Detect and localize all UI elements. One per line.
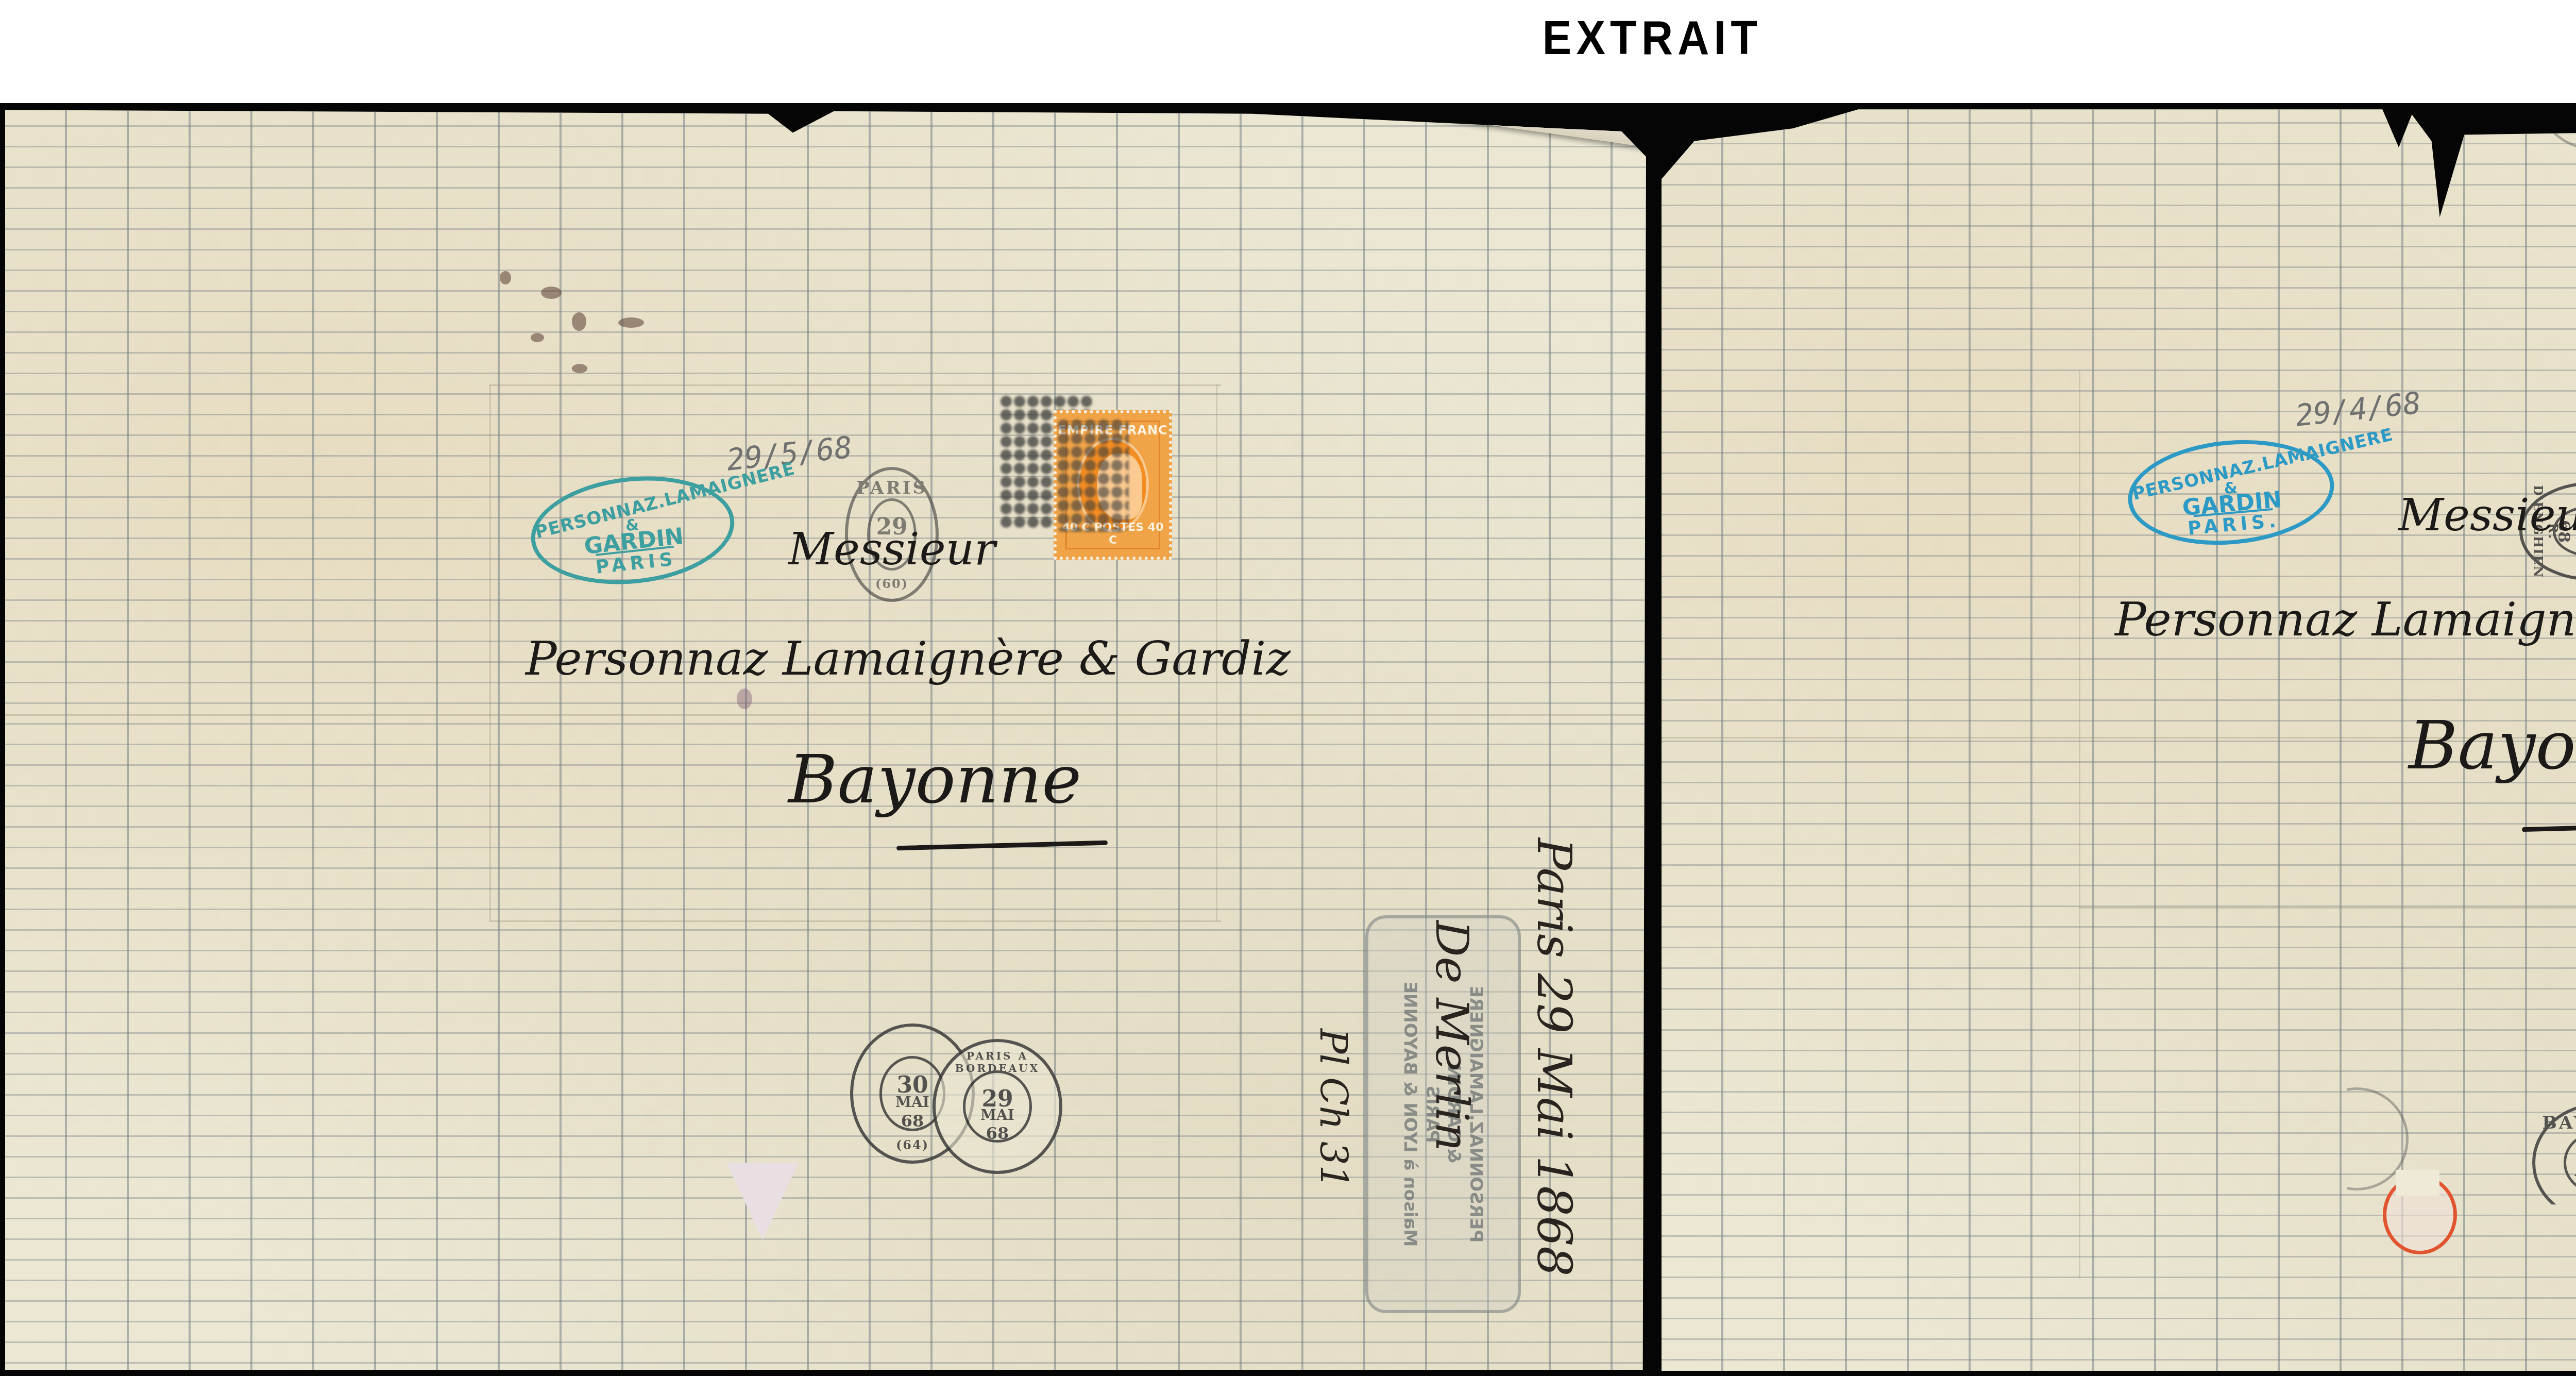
docket-sender: De Merlin (1426, 920, 1479, 1151)
destination-city: Bayonne (788, 740, 1081, 818)
city-underline (2522, 822, 2576, 832)
footer-print-showthrough (67, 1343, 77, 1358)
header-band: EXTRAIT (0, 0, 2576, 103)
cover-left: 29/5/68 PERSONNAZ.LAMAIGNERE & GARDIN PA… (5, 106, 1646, 1370)
seal-remnant (726, 1163, 799, 1240)
company-cachet: PERSONNAZ.LAMAIGNERE & GARDIN PARIS. (2124, 432, 2338, 553)
fold-crease (489, 384, 1221, 386)
wax-stain (531, 333, 544, 342)
recipient-name: Personnaz Lamaignère & Gardiz (2115, 593, 2576, 647)
cover-right: 29/4/68 PERSONNAZ.LAMAIGNERE & GARDIN PA… (1662, 103, 2576, 1371)
fold-crease (5, 714, 1646, 716)
recipient-name: Personnaz Lamaignère & Gardiz (526, 632, 1291, 686)
wax-stain (572, 364, 587, 373)
fold-crease (489, 920, 1221, 922)
faint-partial-postmark (2306, 1087, 2409, 1190)
fold-crease (489, 384, 491, 920)
wax-stain (572, 312, 586, 331)
extract-title: EXTRAIT (132, 12, 2576, 64)
pencil-date: 29/4/68 (2294, 385, 2422, 433)
railway-backstamp: PARIS A BORDEAUX 29 MAI 68 (933, 1039, 1062, 1174)
company-cachet: PERSONNAZ.LAMAIGNERE & GARDIN PARIS (526, 467, 739, 594)
wax-stain (541, 287, 562, 299)
destination-city: Bayonne (2409, 706, 2576, 784)
docket-date: Paris 29 Mai 1868 (1527, 838, 1582, 1277)
ink-stain (737, 689, 752, 709)
city-underline (896, 841, 1108, 851)
fold-crease (2079, 371, 2080, 1278)
wax-stain (618, 317, 644, 328)
salutation: Messieur (788, 524, 995, 575)
salutation: Messieur (2398, 490, 2576, 541)
arrival-backstamp: BAYONNE 30 AVRIL 68 (2532, 1103, 2576, 1222)
wax-stain (500, 271, 511, 284)
postage-stamp: EMPIRE FRANC 40 C POSTES 40 C (1054, 410, 1172, 560)
fold-crease (2079, 907, 2576, 909)
docket-reference: Pl Ch 31 (1312, 1029, 1355, 1188)
